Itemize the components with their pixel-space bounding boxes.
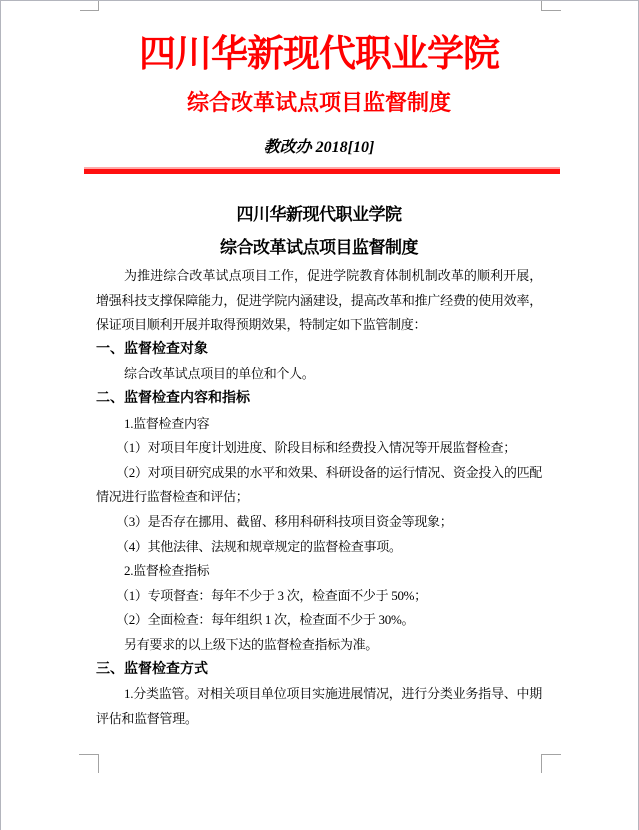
paragraph: 1.分类监管。对相关项目单位项目实施进展情况，进行分类业务指导、中期评估和监督管… [96,682,542,731]
section-heading-1: 一、监督检查对象 [96,338,542,363]
list-item: （1）专项督查：每年不少于 3 次，检查面不少于 50%； [96,584,542,609]
text-boundary-mark-bottom-right [541,754,561,773]
section-heading-2: 二、监督检查内容和指标 [96,387,542,412]
section-heading-3: 三、监督检查方式 [96,658,542,683]
subsection-title: 1.监督检查内容 [96,412,542,437]
list-item: （3）是否存在挪用、截留、移用科研科技项目资金等现象； [96,510,542,535]
subsection-title: 2.监督检查指标 [96,559,542,584]
document-body: 四川华新现代职业学院 综合改革试点项目监督制度 为推进综合改革试点项目工作，促进… [96,198,542,731]
list-item: （2）全面检查：每年组织 1 次，检查面不少于 30%。 [96,608,542,633]
list-item: （1）对项目年度计划进度、阶段目标和经费投入情况等开展监督检查； [96,436,542,461]
letterhead-title: 四川华新现代职业学院 [96,31,542,79]
paragraph-intro: 为推进综合改革试点项目工作，促进学院教育体制机制改革的顺利开展，增强科技支撑保障… [96,264,542,338]
list-item: （2）对项目研究成果的水平和效果、科研设备的运行情况、资金投入的匹配情况进行监督… [96,461,542,510]
paragraph: 综合改革试点项目的单位和个人。 [96,362,542,387]
text-boundary-mark-bottom-left [79,754,99,773]
letterhead-subtitle: 综合改革试点项目监督制度 [96,89,542,117]
document-heading-line2: 综合改革试点项目监督制度 [96,231,542,264]
text-boundary-mark-top-right [541,1,561,11]
paragraph: 另有要求的以上级下达的监督检查指标为准。 [96,633,542,658]
document-page: 四川华新现代职业学院 综合改革试点项目监督制度 教改办 2018[10] 四川华… [0,0,639,830]
red-divider [84,167,560,174]
text-boundary-mark-top-left [80,1,99,11]
document-heading-line1: 四川华新现代职业学院 [96,198,542,231]
document-number: 教改办 2018[10] [96,138,542,158]
list-item: （4）其他法律、法规和规章规定的监督检查事项。 [96,535,542,560]
